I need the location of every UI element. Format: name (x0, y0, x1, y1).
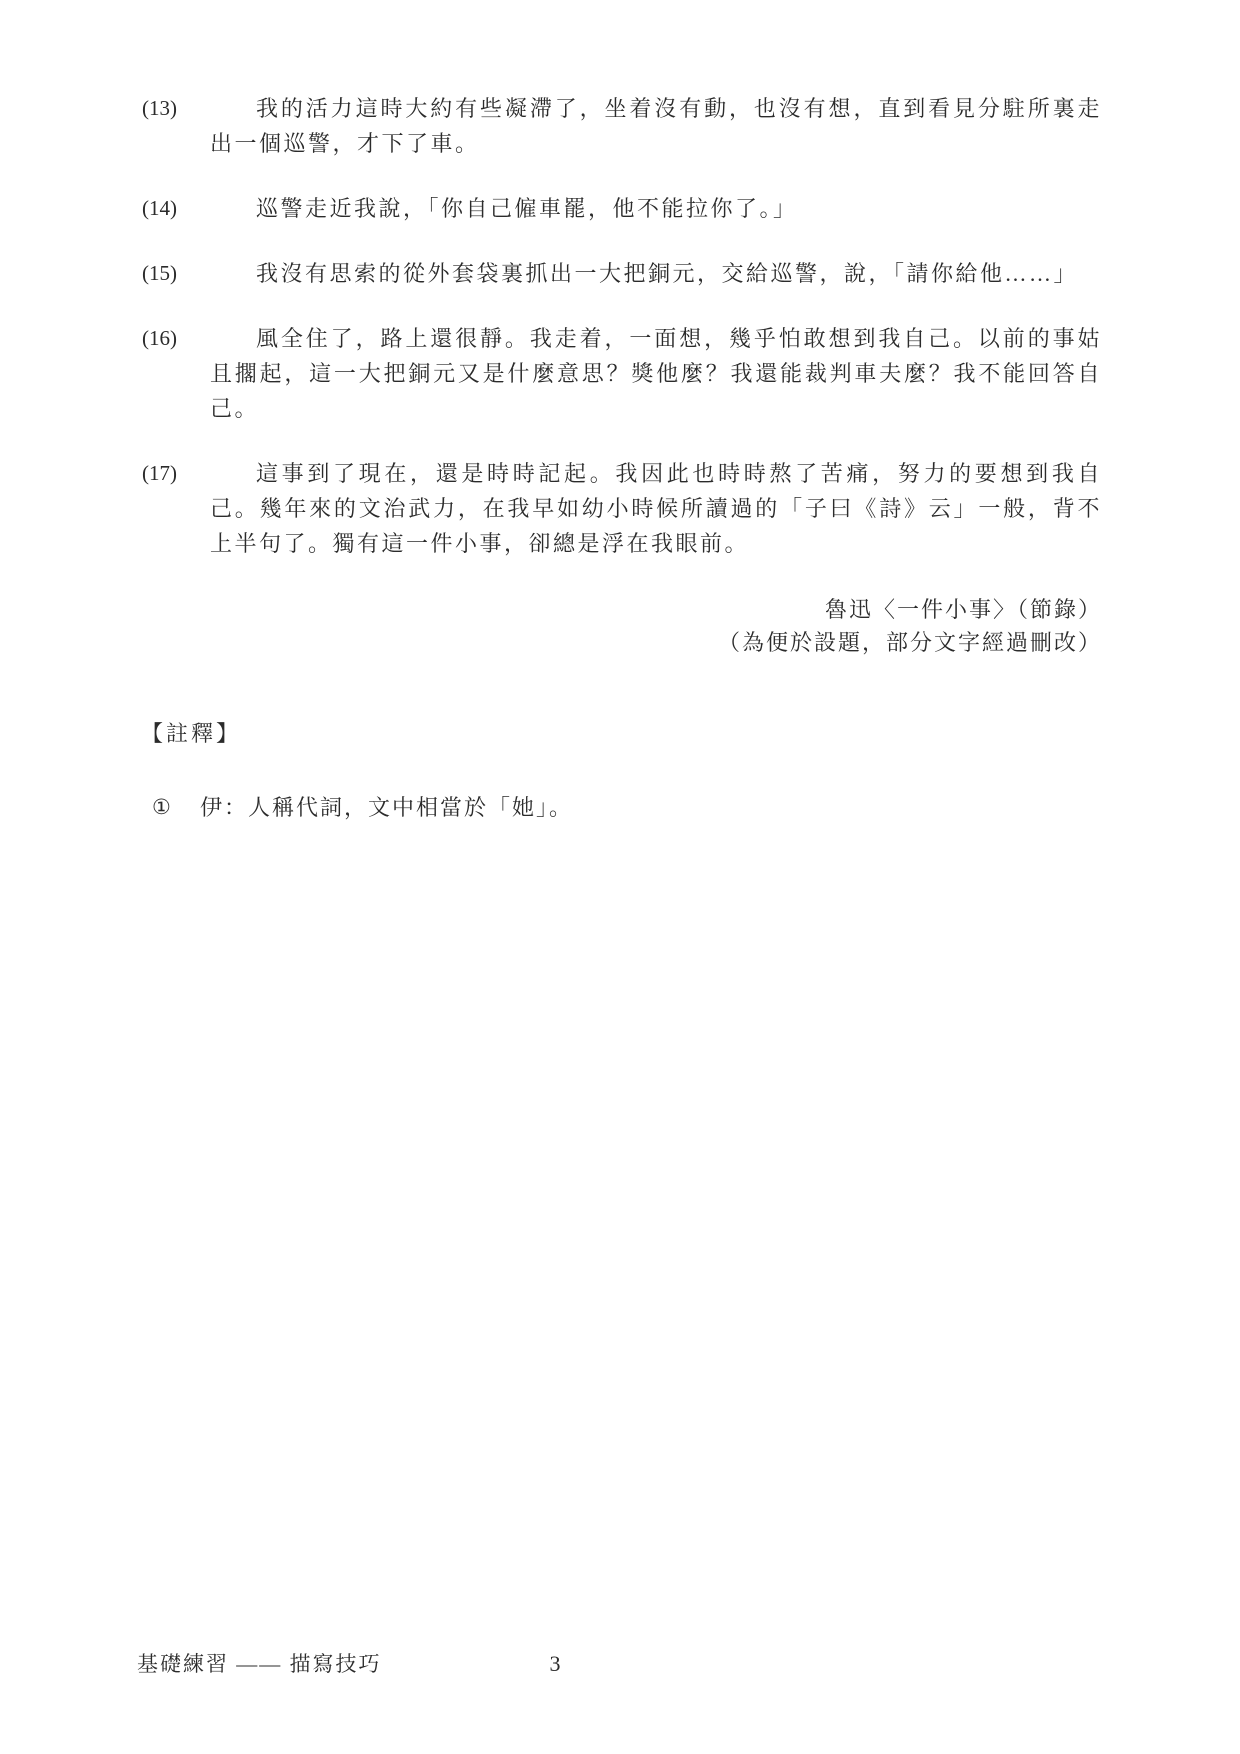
passage-paragraph: (14) 巡警走近我說，「你自己僱車罷，他不能拉你了。」 (0, 191, 1240, 226)
paragraph-text: 風全住了，路上還很靜。我走着，一面想，幾乎怕敢想到我自己。以前的事姑且擱起，這一… (210, 321, 1102, 426)
paragraph-number: (15) (142, 256, 210, 291)
footer-section-title: 基礎練習 —— 描寫技巧 (137, 1650, 382, 1678)
passage-paragraph: (15) 我沒有思索的從外套袋裏抓出一大把銅元，交給巡警，說，「請你給他……」 (0, 256, 1240, 291)
passage-paragraph: (17) 這事到了現在，還是時時記起。我因此也時時熬了苦痛，努力的要想到我自己。… (0, 456, 1240, 561)
passage-paragraph: (13) 我的活力這時大約有些凝滯了，坐着沒有動，也沒有想，直到看見分駐所裏走出… (0, 91, 1240, 161)
notes-heading: 【註釋】 (141, 719, 1240, 749)
note-item: ① 伊：人稱代詞，文中相當於「她」。 (152, 791, 1240, 824)
paragraph-number: (17) (142, 456, 210, 491)
page-number: 3 (539, 1650, 571, 1678)
note-number: ① (152, 791, 200, 824)
paragraph-text: 我沒有思索的從外套袋裏抓出一大把銅元，交給巡警，說，「請你給他……」 (210, 256, 1102, 291)
paragraph-text: 巡警走近我說，「你自己僱車罷，他不能拉你了。」 (210, 191, 1102, 226)
page-footer: 基礎練習 —— 描寫技巧 3 (0, 1650, 1240, 1680)
paragraph-text: 這事到了現在，還是時時記起。我因此也時時熬了苦痛，努力的要想到我自己。幾年來的文… (210, 456, 1102, 561)
paragraph-number: (14) (142, 191, 210, 226)
passage-paragraph: (16) 風全住了，路上還很靜。我走着，一面想，幾乎怕敢想到我自己。以前的事姑且… (0, 321, 1240, 426)
attribution-edit-note: （為便於設題，部分文字經過刪改） (210, 626, 1102, 659)
note-text: 伊：人稱代詞，文中相當於「她」。 (200, 791, 573, 824)
passage-section: (13) 我的活力這時大約有些凝滯了，坐着沒有動，也沒有想，直到看見分駐所裏走出… (0, 0, 1240, 659)
notes-section: 【註釋】 ① 伊：人稱代詞，文中相當於「她」。 (0, 719, 1240, 824)
source-attribution: 魯迅〈一件小事〉（節錄） （為便於設題，部分文字經過刪改） (210, 593, 1102, 659)
document-page: (13) 我的活力這時大約有些凝滯了，坐着沒有動，也沒有想，直到看見分駐所裏走出… (0, 0, 1240, 1754)
paragraph-number: (16) (142, 321, 210, 356)
paragraph-text: 我的活力這時大約有些凝滯了，坐着沒有動，也沒有想，直到看見分駐所裏走出一個巡警，… (210, 91, 1102, 161)
attribution-author-title: 魯迅〈一件小事〉（節錄） (210, 593, 1102, 626)
paragraph-number: (13) (142, 91, 210, 126)
